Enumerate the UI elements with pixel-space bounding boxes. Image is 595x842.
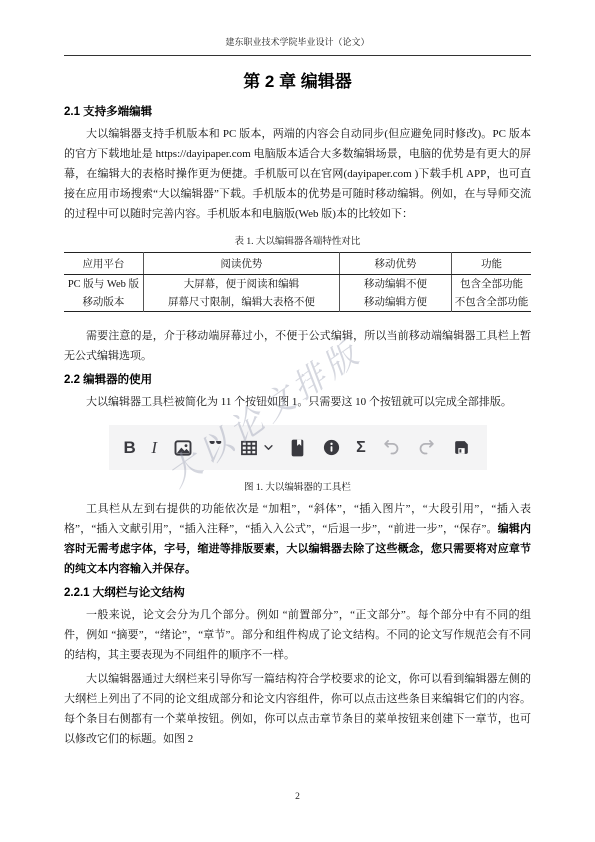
table-row: PC 版与 Web 版 大屏幕，便于阅读和编辑 移动编辑不便 包含全部功能	[64, 275, 531, 294]
document-page: 建东职业技术学院毕业设计（论文） 第 2 章 编辑器 2.1 支持多端编辑 大以…	[0, 0, 595, 842]
paragraph: 大以编辑器通过大纲栏来引导你写一篇结构符合学校要求的论文，你可以看到编辑器左侧的…	[64, 669, 531, 749]
comparison-table: 应用平台 阅读优势 移动优势 功能 PC 版与 Web 版 大屏幕，便于阅读和编…	[64, 252, 531, 312]
running-header: 建东职业技术学院毕业设计（论文）	[64, 0, 531, 56]
page-number: 2	[0, 792, 595, 802]
toolbar-button-bold: B	[124, 436, 136, 460]
save-icon	[452, 438, 471, 457]
toolbar-button-citation	[289, 436, 306, 460]
toolbar-button-italic: I	[151, 436, 157, 460]
toolbar-button-footnote	[322, 436, 341, 460]
table-icon	[239, 438, 259, 458]
table-row: 移动版本 屏幕尺寸限制，编辑大表格不便 移动编辑方便 不包含全部功能	[64, 293, 531, 312]
chevron-down-icon	[263, 442, 274, 453]
toolbar-button-blockquote: “	[208, 436, 223, 460]
table-cell: 大屏幕，便于阅读和编辑	[143, 275, 339, 294]
table-cell: 移动版本	[64, 293, 143, 312]
table-cell: 屏幕尺寸限制，编辑大表格不便	[143, 293, 339, 312]
image-icon	[173, 438, 193, 458]
italic-icon: I	[151, 438, 157, 458]
table-cell: 不包含全部功能	[452, 293, 531, 312]
section-heading-2-2: 2.2 编辑器的使用	[64, 373, 531, 388]
toolbar-button-undo	[381, 436, 401, 460]
toolbar-button-redo	[417, 436, 437, 460]
table-cell: PC 版与 Web 版	[64, 275, 143, 294]
paragraph: 一般来说，论文会分为几个部分。例如 “前置部分”，“正文部分”。每个部分中有不同…	[64, 605, 531, 665]
paragraph: 大以编辑器工具栏被简化为 11 个按钮如图 1。只需要这 10 个按钮就可以完成…	[64, 392, 531, 412]
table-caption: 表 1. 大以编辑器各端特性对比	[64, 236, 531, 249]
table-cell: 移动编辑不便	[340, 275, 452, 294]
toolbar-button-formula: Σ	[356, 436, 366, 460]
citation-icon	[289, 438, 306, 458]
toolbar-button-table	[239, 438, 274, 458]
bold-icon: B	[124, 438, 136, 458]
section-heading-2-2-1: 2.2.1 大纲栏与论文结构	[64, 586, 531, 601]
chapter-title: 第 2 章 编辑器	[64, 71, 531, 93]
redo-icon	[417, 438, 437, 458]
toolbar-button-save	[452, 436, 471, 460]
table-header-cell: 阅读优势	[143, 253, 339, 275]
table-cell: 移动编辑方便	[340, 293, 452, 312]
toolbar-figure-image: B I “	[109, 425, 487, 470]
figure-caption: 图 1. 大以编辑器的工具栏	[64, 482, 531, 495]
table-header-cell: 移动优势	[340, 253, 452, 275]
table-header-cell: 功能	[452, 253, 531, 275]
paragraph: 需要注意的是，介于移动端屏幕过小，不便于公式编辑，所以当前移动端编辑器工具栏上暂…	[64, 326, 531, 366]
info-icon	[322, 438, 341, 457]
table-cell: 包含全部功能	[452, 275, 531, 294]
toolbar-button-insert-image	[173, 436, 193, 460]
formula-icon: Σ	[356, 439, 366, 457]
undo-icon	[381, 438, 401, 458]
paragraph-text: 工具栏从左到右提供的功能依次是 “加粗”，“斜体”，“插入图片”，“大段引用”，…	[64, 503, 531, 535]
table-header-row: 应用平台 阅读优势 移动优势 功能	[64, 253, 531, 275]
table-header-cell: 应用平台	[64, 253, 143, 275]
section-heading-2-1: 2.1 支持多端编辑	[64, 105, 531, 120]
paragraph: 工具栏从左到右提供的功能依次是 “加粗”，“斜体”，“插入图片”，“大段引用”，…	[64, 499, 531, 579]
blockquote-icon: “	[208, 441, 223, 455]
paragraph: 大以编辑器支持手机版本和 PC 版本，两端的内容会自动同步(但应避免同时修改)。…	[64, 124, 531, 224]
